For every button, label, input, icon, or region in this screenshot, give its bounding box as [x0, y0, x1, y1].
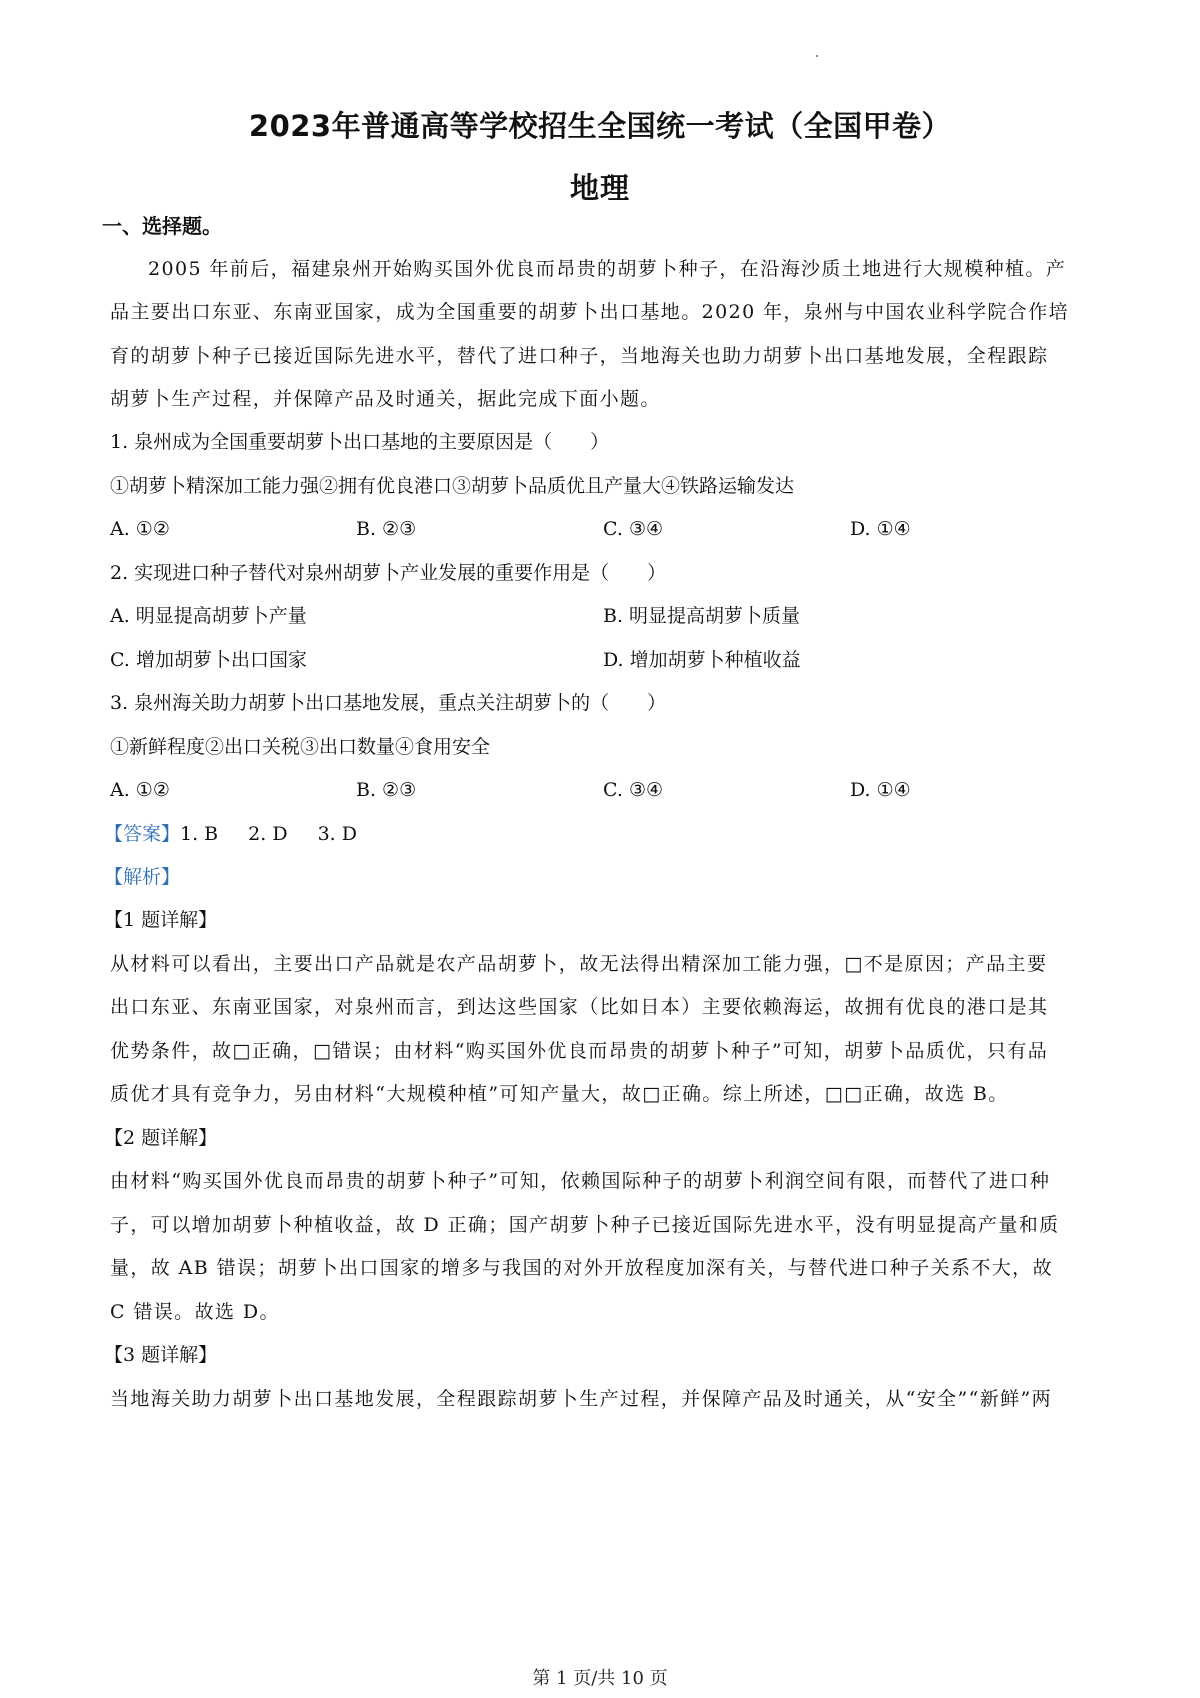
- detail-1-heading: 【1 题详解】: [104, 908, 217, 932]
- question-3-option-d: D. ①④: [850, 778, 911, 802]
- question-3-option-a: A. ①②: [110, 778, 170, 802]
- question-1-statements: ①胡萝卜精深加工能力强②拥有优良港口③胡萝卜品质优且产量大④铁路运输发达: [110, 474, 794, 498]
- question-1-option-d: D. ①④: [850, 517, 911, 541]
- detail-3-heading: 【3 题详解】: [104, 1343, 217, 1367]
- answer-label: 【答案】: [104, 823, 180, 845]
- detail-2-line: 子，可以增加胡萝卜种植收益，故 D 正确；国产胡萝卜种子已接近国际先进水平，没有…: [110, 1213, 1060, 1237]
- question-2-stem: 2. 实现进口种子替代对泉州胡萝卜产业发展的重要作用是（ ）: [110, 561, 666, 585]
- material-line: 2005 年前后，福建泉州开始购买国外优良而昂贵的胡萝卜种子，在沿海沙质土地进行…: [148, 257, 1066, 281]
- question-1-option-b: B. ②③: [356, 517, 416, 541]
- subject-title: 地理: [0, 166, 1200, 207]
- detail-2-line: 由材料“购买国外优良而昂贵的胡萝卜种子”可知，依赖国际种子的胡萝卜利润空间有限，…: [110, 1169, 1050, 1193]
- question-2-option-d: D. 增加胡萝卜种植收益: [603, 648, 801, 672]
- answer-item: 1. B: [180, 822, 218, 846]
- detail-1-line: 出口东亚、东南亚国家，对泉州而言，到达这些国家（比如日本）主要依赖海运，故拥有优…: [110, 995, 1048, 1019]
- question-1-stem: 1. 泉州成为全国重要胡萝卜出口基地的主要原因是（ ）: [110, 430, 609, 454]
- question-3-option-b: B. ②③: [356, 778, 416, 802]
- question-1-option-c: C. ③④: [603, 517, 663, 541]
- material-line: 胡萝卜生产过程，并保障产品及时通关，据此完成下面小题。: [110, 387, 661, 411]
- page-footer: 第 1 页/共 10 页: [0, 1664, 1200, 1690]
- section-heading: 一、选择题。: [102, 214, 222, 238]
- detail-1-line: 质优才具有竞争力，另由材料“大规模种植”可知产量大，故□正确。综上所述，□□正确…: [110, 1082, 1009, 1106]
- detail-3-line: 当地海关助力胡萝卜出口基地发展，全程跟踪胡萝卜生产过程，并保障产品及时通关，从“…: [110, 1387, 1052, 1411]
- material-line: 育的胡萝卜种子已接近国际先进水平，替代了进口种子，当地海关也助力胡萝卜出口基地发…: [110, 344, 1048, 368]
- detail-2-line: C 错误。故选 D。: [110, 1300, 280, 1324]
- question-2-option-a: A. 明显提高胡萝卜产量: [110, 604, 307, 628]
- answer-item: 3. D: [318, 822, 357, 846]
- question-2-option-c: C. 增加胡萝卜出口国家: [110, 648, 307, 672]
- detail-1-line: 优势条件，故□正确，□错误；由材料“购买国外优良而昂贵的胡萝卜种子”可知，胡萝卜…: [110, 1039, 1048, 1063]
- question-3-statements: ①新鲜程度②出口关税③出口数量④食用安全: [110, 735, 490, 759]
- answer-item: 2. D: [248, 822, 287, 846]
- document-page: 2023年普通高等学校招生全国统一考试（全国甲卷） 地理 一、选择题。 2005…: [0, 0, 1200, 1698]
- exam-title: 2023年普通高等学校招生全国统一考试（全国甲卷）: [0, 104, 1200, 145]
- question-3-stem: 3. 泉州海关助力胡萝卜出口基地发展，重点关注胡萝卜的（ ）: [110, 691, 666, 715]
- analysis-label: 【解析】: [104, 865, 180, 889]
- question-2-option-b: B. 明显提高胡萝卜质量: [603, 604, 800, 628]
- answer-row: 【答案】1. B2. D3. D: [104, 822, 387, 846]
- scan-speck: [816, 55, 818, 57]
- detail-1-line: 从材料可以看出，主要出口产品就是农产品胡萝卜，故无法得出精深加工能力强，□不是原…: [110, 952, 1047, 976]
- material-line: 品主要出口东亚、东南亚国家，成为全国重要的胡萝卜出口基地。2020 年，泉州与中…: [110, 300, 1069, 324]
- question-3-option-c: C. ③④: [603, 778, 663, 802]
- detail-2-heading: 【2 题详解】: [104, 1126, 217, 1150]
- detail-2-line: 量，故 AB 错误；胡萝卜出口国家的增多与我国的对外开放程度加深有关，与替代进口…: [110, 1256, 1053, 1280]
- question-1-option-a: A. ①②: [110, 517, 170, 541]
